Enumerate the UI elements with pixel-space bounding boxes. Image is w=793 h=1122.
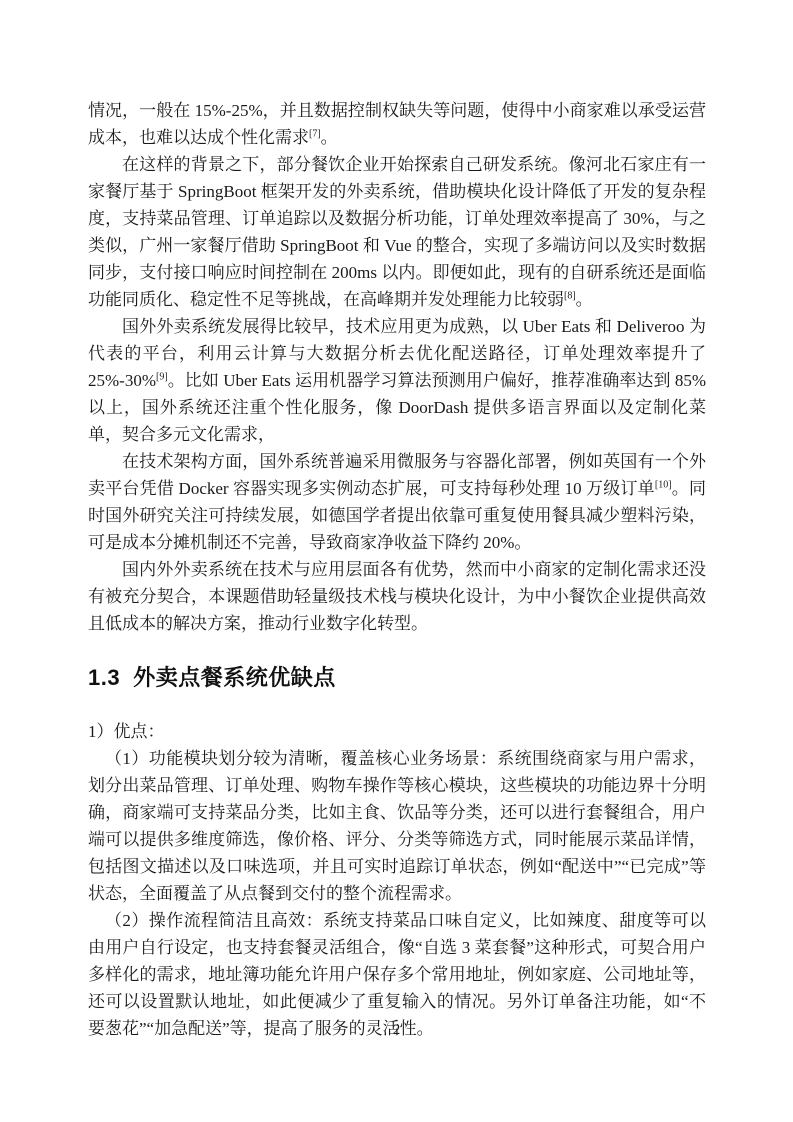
document-page: 情况，一般在 15%-25%，并且数据控制权缺失等问题，使得中小商家难以承受运营…: [0, 0, 793, 1122]
paragraph-foreign-systems: 国外外卖系统发展得比较早，技术应用更为成熟，以 Uber Eats 和 Deli…: [88, 313, 706, 448]
paragraph-summary: 国内外外卖系统在技术与应用层面各有优势，然而中小商家的定制化需求还没有被充分契合…: [88, 556, 706, 637]
paragraph-text: 。: [321, 128, 338, 147]
citation-ref-9: [9]: [156, 371, 168, 382]
paragraph-selfdev-systems: 在这样的背景之下，部分餐饮企业开始探索自己研发系统。像河北石家庄有一家餐厅基于 …: [88, 151, 706, 313]
paragraph-text: 在技术架构方面，国外系统普遍采用微服务与容器化部署，例如英国有一个外卖平台凭借 …: [88, 452, 706, 498]
paragraph-platform-costs: 情况，一般在 15%-25%，并且数据控制权缺失等问题，使得中小商家难以承受运营…: [88, 97, 706, 151]
citation-ref-8: [8]: [564, 290, 576, 301]
page-number: 2: [0, 1022, 793, 1039]
paragraph-tech-architecture: 在技术架构方面，国外系统普遍采用微服务与容器化部署，例如英国有一个外卖平台凭借 …: [88, 448, 706, 556]
citation-ref-7: [7]: [309, 128, 321, 139]
page-content: 情况，一般在 15%-25%，并且数据控制权缺失等问题，使得中小商家难以承受运营…: [88, 97, 706, 1042]
citation-ref-10: [10]: [655, 479, 672, 490]
paragraph-text: 。: [576, 290, 593, 309]
paragraph-text: 。比如 Uber Eats 运用机器学习算法预测用户偏好，推荐准确率达到 85%…: [88, 371, 706, 444]
paragraph-text: 情况，一般在 15%-25%，并且数据控制权缺失等问题，使得中小商家难以承受运营…: [88, 101, 706, 147]
list-item-advantage-1: （1）功能模块划分较为清晰，覆盖核心业务场景：系统围绕商家与用户需求，划分出菜品…: [88, 745, 706, 907]
list-intro-advantages: 1）优点：: [88, 718, 706, 745]
paragraph-text: 在这样的背景之下，部分餐饮企业开始探索自己研发系统。像河北石家庄有一家餐厅基于 …: [88, 155, 706, 309]
section-heading: 1.3 外卖点餐系统优缺点: [88, 661, 706, 692]
